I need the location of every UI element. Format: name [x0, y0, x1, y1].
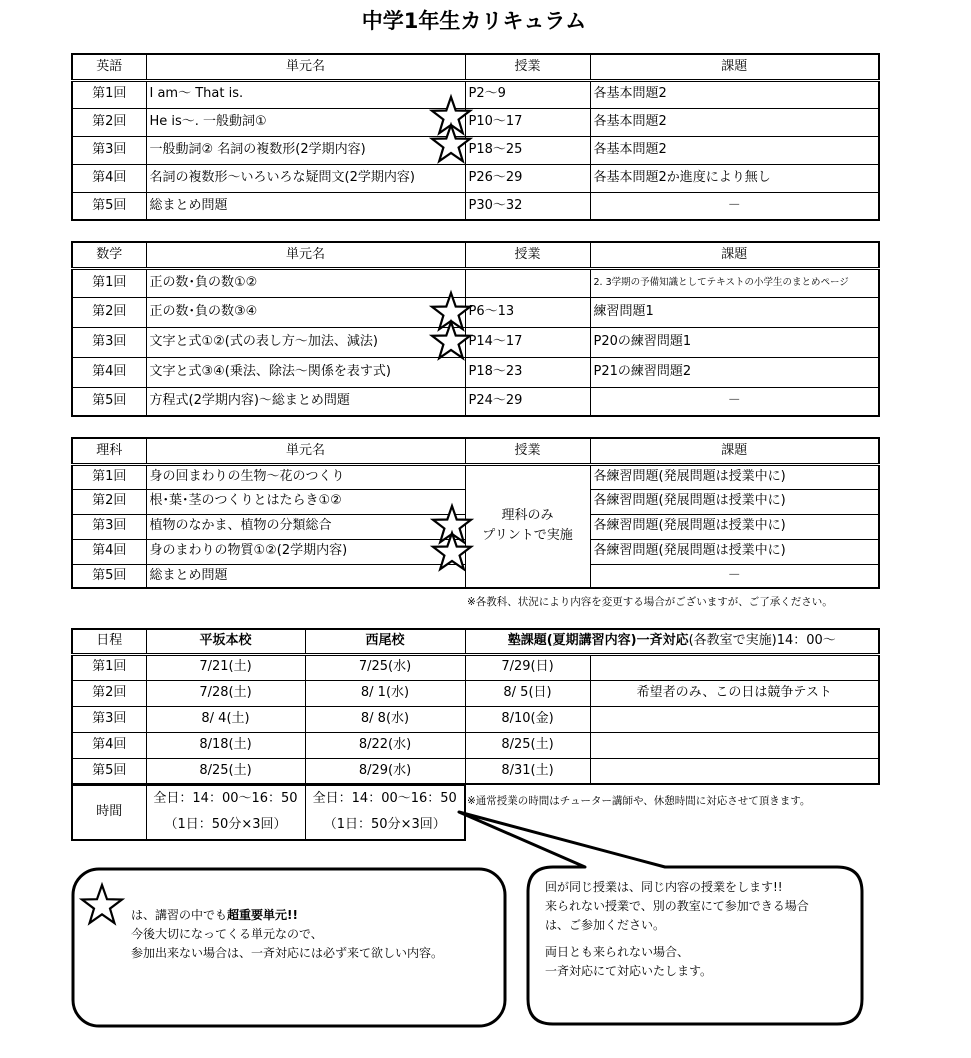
callout-line3: は、ご参加ください。	[545, 916, 809, 935]
star-icon	[433, 533, 471, 569]
callout-line1: 回が同じ授業は、同じ内容の授業をします!!	[545, 878, 809, 897]
callout-line2: 今後大切になってくる単元なので、	[131, 925, 443, 944]
star-icon	[432, 125, 470, 161]
callout-line1-bold: 超重要単元!!	[227, 908, 298, 922]
callout-line3: 参加出来ない場合は、一斉対応には必ず来て欲しい内容。	[131, 944, 443, 963]
callout-line5: 一斉対応にて対応いたします。	[545, 962, 809, 981]
callout-line2: 来られない授業で、別の教室にて参加できる場合	[545, 897, 809, 916]
callout-line4: 両日とも来られない場合、	[545, 943, 809, 962]
left-callout-text: は、講習の中でも超重要単元!! 今後大切になってくる単元なので、 参加出来ない場…	[131, 906, 443, 963]
right-callout-text: 回が同じ授業は、同じ内容の授業をします!! 来られない授業で、別の教室にて参加で…	[545, 878, 809, 981]
drawing-overlay	[0, 0, 971, 1058]
star-icon	[432, 322, 470, 358]
callout-line1-prefix: は、講習の中でも	[131, 908, 227, 922]
curriculum-page: 中学1年生カリキュラム 英語 単元名 授業 課題 第1回 I am～ That …	[0, 0, 971, 1058]
